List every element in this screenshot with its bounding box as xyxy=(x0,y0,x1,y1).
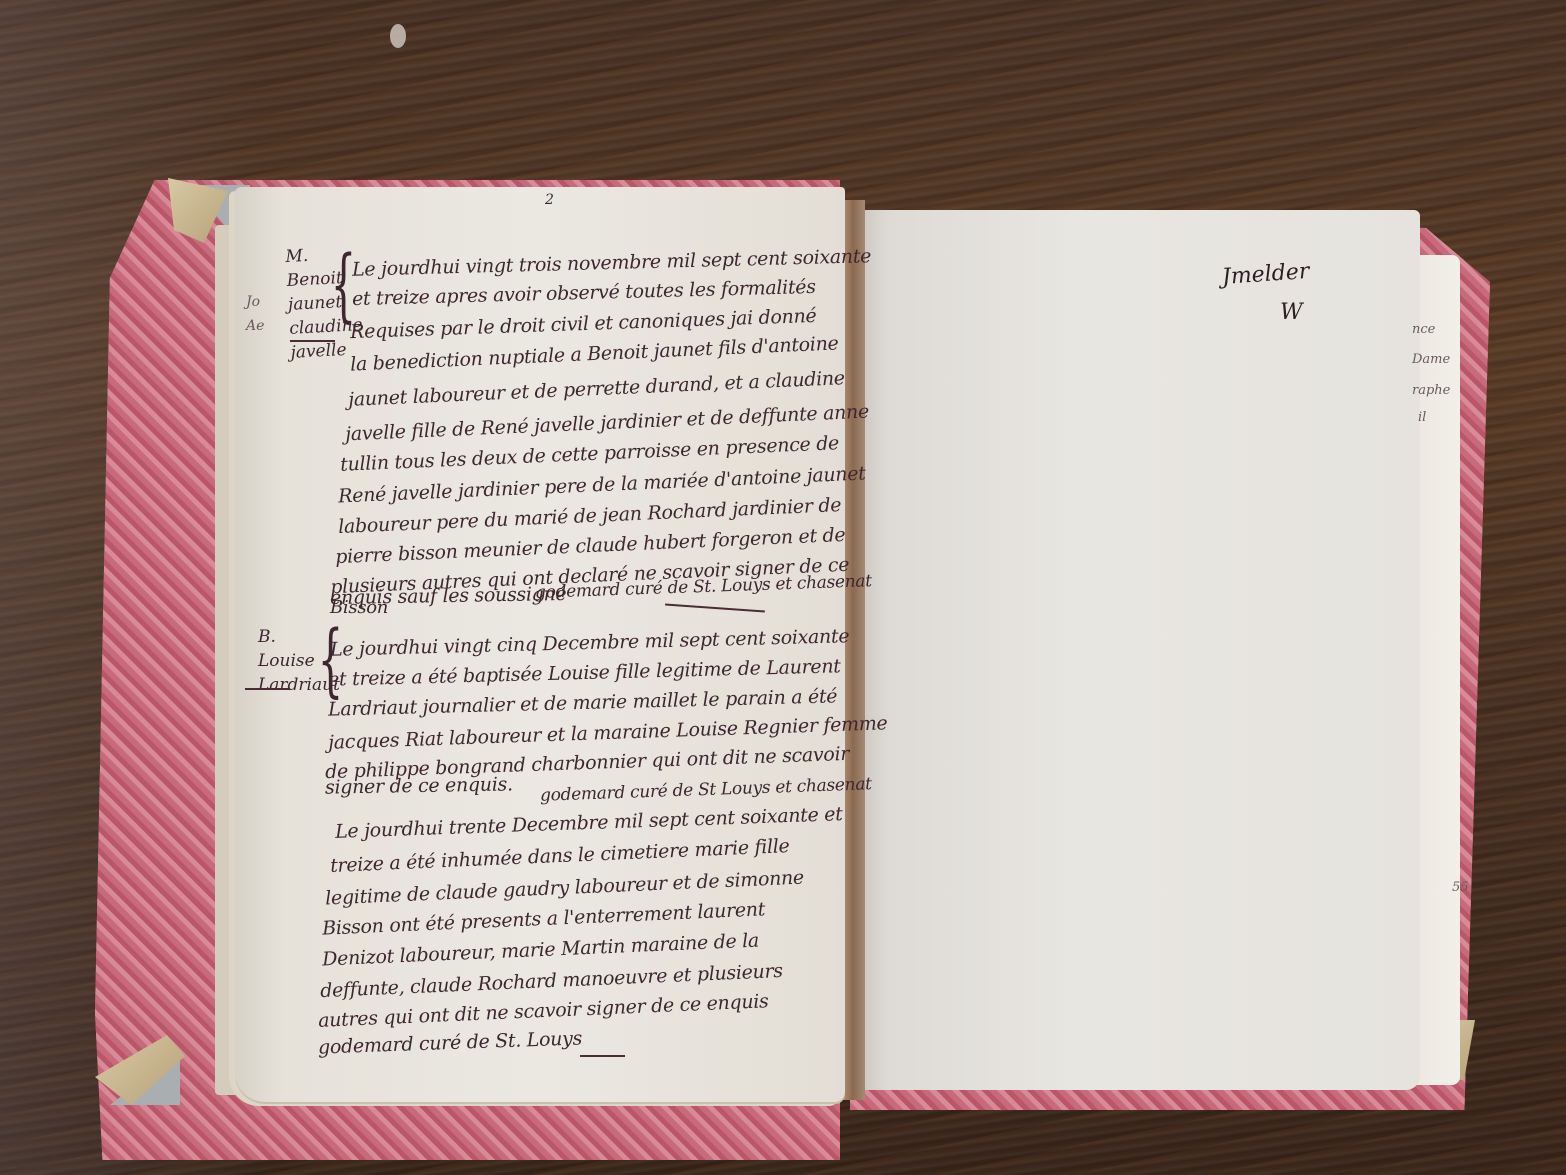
right-page xyxy=(855,210,1420,1090)
signature-flourish xyxy=(580,1055,625,1057)
margin-line: Jo xyxy=(246,290,264,314)
margin-underline xyxy=(290,340,335,342)
stub-fragment: nce xyxy=(1412,322,1435,337)
page-mark: 2 xyxy=(545,192,554,208)
margin-fragment: Jo Ae xyxy=(246,290,264,338)
stub-fragment: il xyxy=(1418,410,1426,425)
right-page-note: W xyxy=(1280,300,1303,325)
brace: { xyxy=(331,245,356,325)
margin-line: Ae xyxy=(246,314,264,338)
entry-line: signer de ce enquis. xyxy=(325,773,513,798)
margin-underline xyxy=(245,688,290,690)
debris-speck xyxy=(390,24,406,48)
stub-fragment: Dame xyxy=(1412,352,1450,367)
stub-fragment: 55 xyxy=(1452,880,1469,895)
stub-fragment: raphe xyxy=(1412,383,1450,398)
